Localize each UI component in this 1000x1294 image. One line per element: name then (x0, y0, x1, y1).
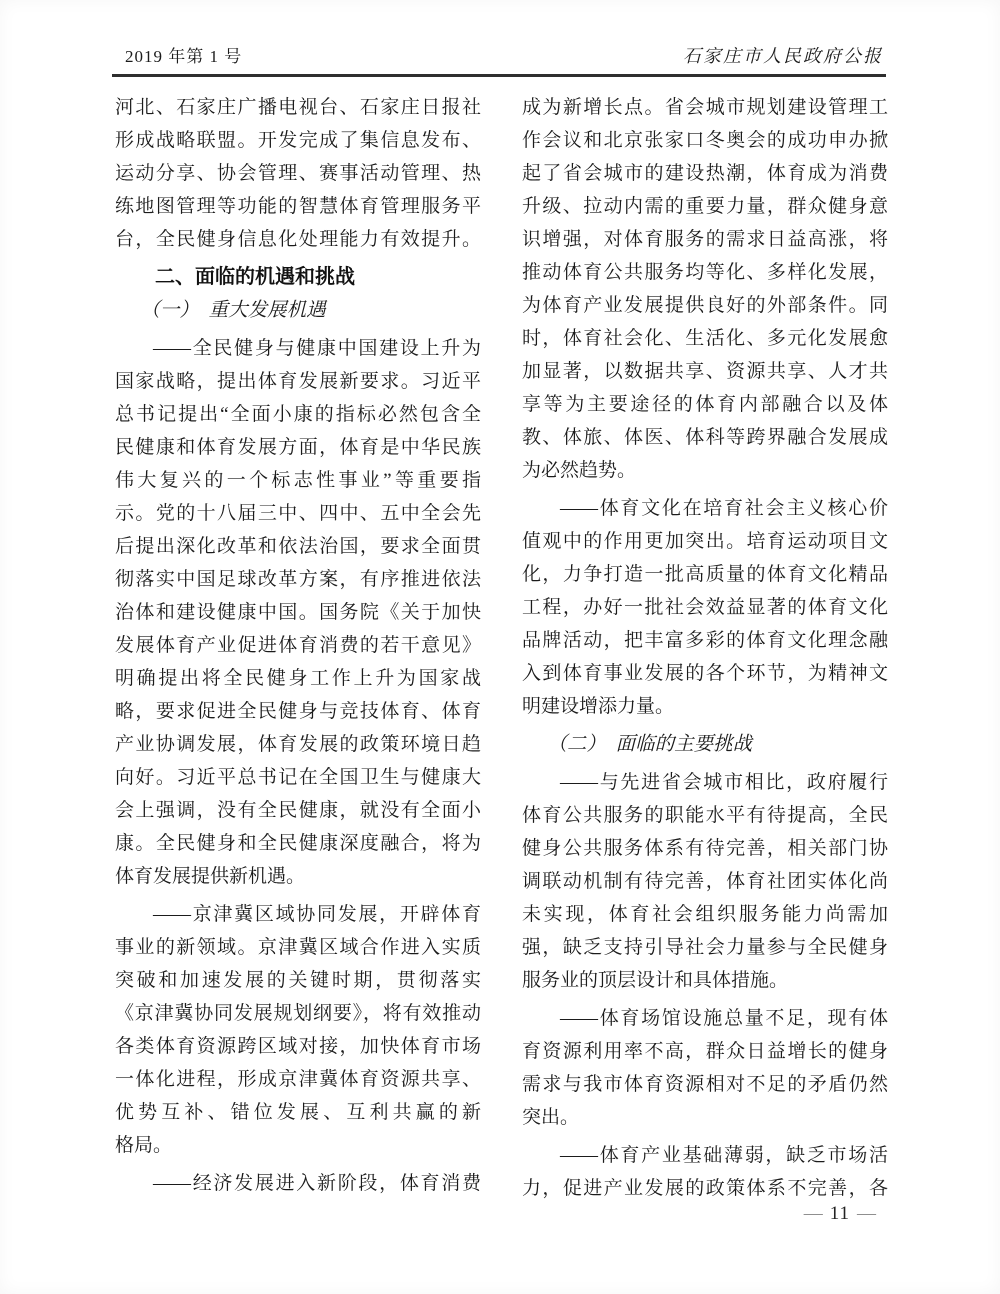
text-line: 为体育产业发展提供良好的外部条件。同 (522, 289, 888, 322)
text-line: 突出。 (522, 1101, 888, 1134)
text-line: 体育公共服务的职能水平有待提高，全民 (522, 799, 888, 832)
text-line: 明建设增添力量。 (522, 690, 888, 723)
text-line: 发展体育产业促进体育消费的若干意见》 (115, 629, 481, 662)
subsection-heading: （一） 重大发展机遇 (115, 294, 481, 327)
text-line: 河北、石家庄广播电视台、石家庄日报社 (115, 91, 481, 124)
text-line: 识增强，对体育服务的需求日益高涨，将 (522, 223, 888, 256)
page-footer: —11— (797, 1202, 883, 1226)
text-line: ——体育文化在培育社会主义核心价 (522, 492, 888, 525)
text-line: ——全民健身与健康中国建设上升为 (115, 332, 481, 365)
text-line: 入到体育事业发展的各个环节，为精神文 (522, 657, 888, 690)
text-line: 示。党的十八届三中、四中、五中全会先 (115, 497, 481, 530)
text-line: 需求与我市体育资源相对不足的矛盾仍然 (522, 1068, 888, 1101)
text-line: 各类体育资源跨区域对接，加快体育市场 (115, 1030, 481, 1063)
subsection-heading: （二） 面临的主要挑战 (522, 728, 888, 761)
gazette-title: 石家庄市人民政府公报 (683, 44, 883, 68)
left-column: 河北、石家庄广播电视台、石家庄日报社形成战略联盟。开发完成了集信息发布、运动分享… (115, 91, 481, 1205)
text-line: 一体化进程，形成京津冀体育资源共享、 (115, 1063, 481, 1096)
text-line: 作会议和北京张家口冬奥会的成功申办掀 (522, 124, 888, 157)
text-line: 练地图管理等功能的智慧体育管理服务平 (115, 190, 481, 223)
text-line: 明确提出将全民健身工作上升为国家战 (115, 662, 481, 695)
text-line: 健身公共服务体系有待完善，相关部门协 (522, 832, 888, 865)
text-line: 品牌活动，把丰富多彩的体育文化理念融 (522, 624, 888, 657)
document-body: 河北、石家庄广播电视台、石家庄日报社形成战略联盟。开发完成了集信息发布、运动分享… (0, 91, 1000, 1205)
text-line: 《京津冀协同发展规划纲要》，将有效推动 (115, 997, 481, 1030)
text-line: 格局。 (115, 1129, 481, 1162)
text-line: 伟大复兴的一个标志性事业”等重要指 (115, 464, 481, 497)
text-line: 强，缺乏支持引导社会力量参与全民健身 (522, 931, 888, 964)
text-line: 升级、拉动内需的重要力量，群众健身意 (522, 190, 888, 223)
text-line: 育资源利用率不高，群众日益增长的健身 (522, 1035, 888, 1068)
section-heading: 二、面临的机遇和挑战 (115, 261, 481, 294)
text-line: ——体育产业基础薄弱，缺乏市场活 (522, 1139, 888, 1172)
text-line: ——与先进省会城市相比，政府履行 (522, 766, 888, 799)
text-line: 事业的新领域。京津冀区域合作进入实质 (115, 931, 481, 964)
text-line: 成为新增长点。省会城市规划建设管理工 (522, 91, 888, 124)
text-line: 国家战略，提出体育发展新要求。习近平 (115, 365, 481, 398)
text-line: 工程，办好一批社会效益显著的体育文化 (522, 591, 888, 624)
text-line: 服务业的顶层设计和具体措施。 (522, 964, 888, 997)
header-rule (112, 74, 886, 77)
text-line: 突破和加速发展的关键时期，贯彻落实 (115, 964, 481, 997)
text-line: 后提出深化改革和依法治国，要求全面贯 (115, 530, 481, 563)
text-line: 调联动机制有待完善，体育社团实体化尚 (522, 865, 888, 898)
text-line: 未实现，体育社会组织服务能力尚需加 (522, 898, 888, 931)
text-line: 值观中的作用更加突出。培育运动项目文 (522, 525, 888, 558)
text-line: 总书记提出“全面小康的指标必然包含全 (115, 398, 481, 431)
text-line: ——经济发展进入新阶段，体育消费 (115, 1167, 481, 1200)
text-line: 康。全民健身和全民健康深度融合，将为 (115, 827, 481, 860)
footer-dash-left: — (797, 1203, 830, 1224)
text-line: 加显著，以数据共享、资源共享、人才共 (522, 355, 888, 388)
text-line: 起了省会城市的建设热潮，体育成为消费 (522, 157, 888, 190)
text-line: 向好。习近平总书记在全国卫生与健康大 (115, 761, 481, 794)
text-line: 台，全民健身信息化处理能力有效提升。 (115, 223, 481, 256)
text-line: 化，力争打造一批高质量的体育文化精品 (522, 558, 888, 591)
text-line: 治体和建设健康中国。国务院《关于加快 (115, 596, 481, 629)
text-line: 力，促进产业发展的政策体系不完善，各 (522, 1172, 888, 1205)
right-column: 成为新增长点。省会城市规划建设管理工作会议和北京张家口冬奥会的成功申办掀起了省会… (522, 91, 888, 1205)
text-line: 略，要求促进全民健身与竞技体育、体育 (115, 695, 481, 728)
text-line: ——京津冀区域协同发展，开辟体育 (115, 898, 481, 931)
text-line: 教、体旅、体医、体科等跨界融合发展成 (522, 421, 888, 454)
footer-dash-right: — (850, 1203, 883, 1224)
text-line: 推动体育公共服务均等化、多样化发展， (522, 256, 888, 289)
page-header: 2019 年第 1 号 石家庄市人民政府公报 (0, 0, 1000, 69)
text-line: 享等为主要途径的体育内部融合以及体 (522, 388, 888, 421)
text-line: 会上强调，没有全民健康，就没有全面小 (115, 794, 481, 827)
issue-number: 2019 年第 1 号 (125, 45, 242, 69)
text-line: 运动分享、协会管理、赛事活动管理、热 (115, 157, 481, 190)
gazette-page: 2019 年第 1 号 石家庄市人民政府公报 河北、石家庄广播电视台、石家庄日报… (0, 0, 1000, 1294)
text-line: 形成战略联盟。开发完成了集信息发布、 (115, 124, 481, 157)
text-line: 优势互补、错位发展、互利共赢的新 (115, 1096, 481, 1129)
page-number: 11 (830, 1203, 850, 1224)
text-line: 为必然趋势。 (522, 454, 888, 487)
text-line: 产业协调发展，体育发展的政策环境日趋 (115, 728, 481, 761)
text-line: 体育发展提供新机遇。 (115, 860, 481, 893)
text-line: 时，体育社会化、生活化、多元化发展愈 (522, 322, 888, 355)
text-line: 民健康和体育发展方面，体育是中华民族 (115, 431, 481, 464)
text-line: 彻落实中国足球改革方案，有序推进依法 (115, 563, 481, 596)
text-line: ——体育场馆设施总量不足，现有体 (522, 1002, 888, 1035)
